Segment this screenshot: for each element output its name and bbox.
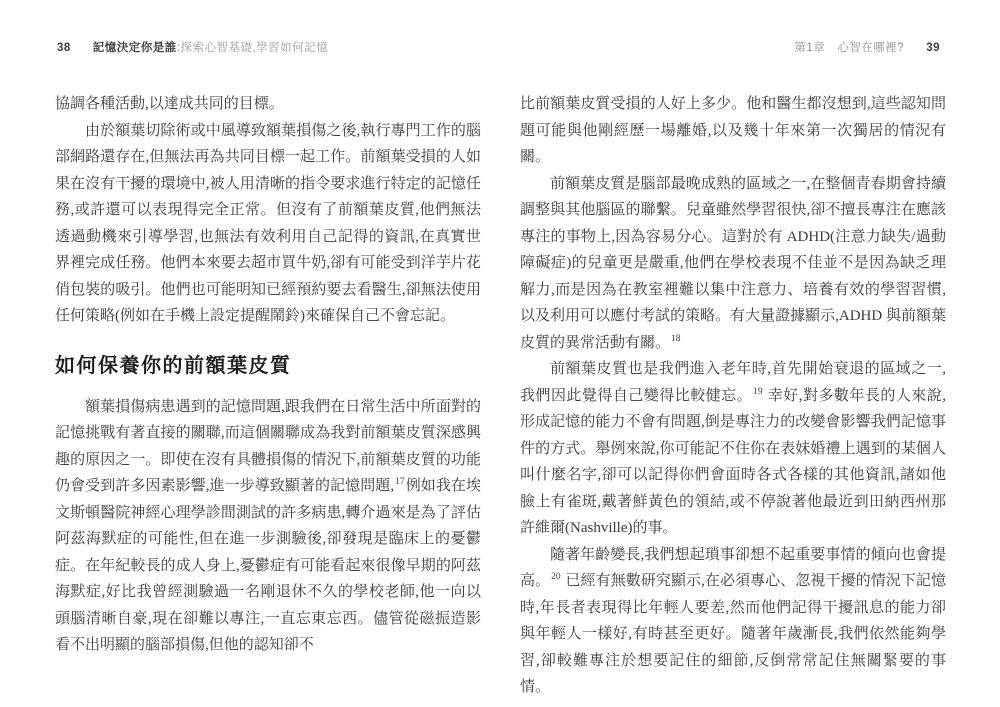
footnote-reference: 19 [753,387,763,397]
book-subtitle: :探索心智基礎,學習如何記憶 [177,42,328,54]
paragraph: 比前額葉皮質受損的人好上多少。他和醫生都沒想到,這些認知問題可能與他剛經歷一場離… [520,91,946,171]
text-run: 比前額葉皮質受損的人好上多少。他和醫生都沒想到,這些認知問題可能與他剛經歷一場離… [520,96,946,165]
paragraph: 協調各種活動,以達成共同的目標。 [55,91,481,118]
text-run: 例如我在埃文斯頓醫院神經心理學診間測試的許多病患,轉介過來是為了評估阿茲海默症的… [55,478,481,653]
page-number-left: 38 [57,42,71,54]
text-run: 由於額葉切除術或中風導致額葉損傷之後,執行專門工作的腦部網路還存在,但無法再為共… [55,123,481,325]
footnote-reference: 17 [395,477,405,487]
book-title: 記憶決定你是誰 [93,42,177,54]
paragraph: 前額葉皮質也是我們進入老年時,首先開始衰退的區域之一,我們因此覺得自己變得比較健… [520,356,946,542]
section-heading: 如何保養你的前額葉皮質 [55,353,481,379]
paragraph: 前額葉皮質是腦部最晚成熟的區域之一,在整個青春期會持續調整與其他腦區的聯繫。兒童… [520,171,946,357]
paragraph: 額葉損傷病患遇到的記憶問題,跟我們在日常生活中所面對的記憶挑戰有著直接的關聯,而… [55,394,481,659]
paragraph: 隨著年齡變長,我們想起瑣事卻想不起重要事情的傾向也會提高。20 已經有無數研究顯… [520,542,946,701]
page-right: 第1章心智在哪裡?39 比前額葉皮質受損的人好上多少。他和醫生都沒想到,這些認知… [500,0,1000,707]
chapter-label: 第1章 [794,42,825,54]
text-run: 已經有無數研究顯示,在必須專心、忽視干擾的情況下記憶時,年長者表現得比年輕人要差… [520,573,946,695]
running-header-right: 第1章心智在哪裡?39 [794,39,940,55]
footnote-reference: 18 [671,334,681,344]
text-column-right: 比前額葉皮質受損的人好上多少。他和醫生都沒想到,這些認知問題可能與他剛經歷一場離… [520,91,946,701]
page-left: 38記憶決定你是誰:探索心智基礎,學習如何記憶 協調各種活動,以達成共同的目標。… [0,0,500,707]
footnote-reference: 20 [551,572,561,582]
chapter-title: 心智在哪裡? [837,42,904,54]
page-number-right: 39 [926,42,940,54]
text-run: 前額葉皮質是腦部最晚成熟的區域之一,在整個青春期會持續調整與其他腦區的聯繫。兒童… [520,176,946,351]
text-run: 幸好,對多數年長的人來說,形成記憶的能力不會有問題,倒是專注力的改變會影響我們記… [520,388,946,537]
text-column-left: 協調各種活動,以達成共同的目標。由於額葉切除術或中風導致額葉損傷之後,執行專門工… [55,91,481,659]
running-header-left: 38記憶決定你是誰:探索心智基礎,學習如何記憶 [57,39,328,55]
paragraph: 由於額葉切除術或中風導致額葉損傷之後,執行專門工作的腦部網路還存在,但無法再為共… [55,118,481,330]
text-run: 協調各種活動,以達成共同的目標。 [55,96,284,112]
